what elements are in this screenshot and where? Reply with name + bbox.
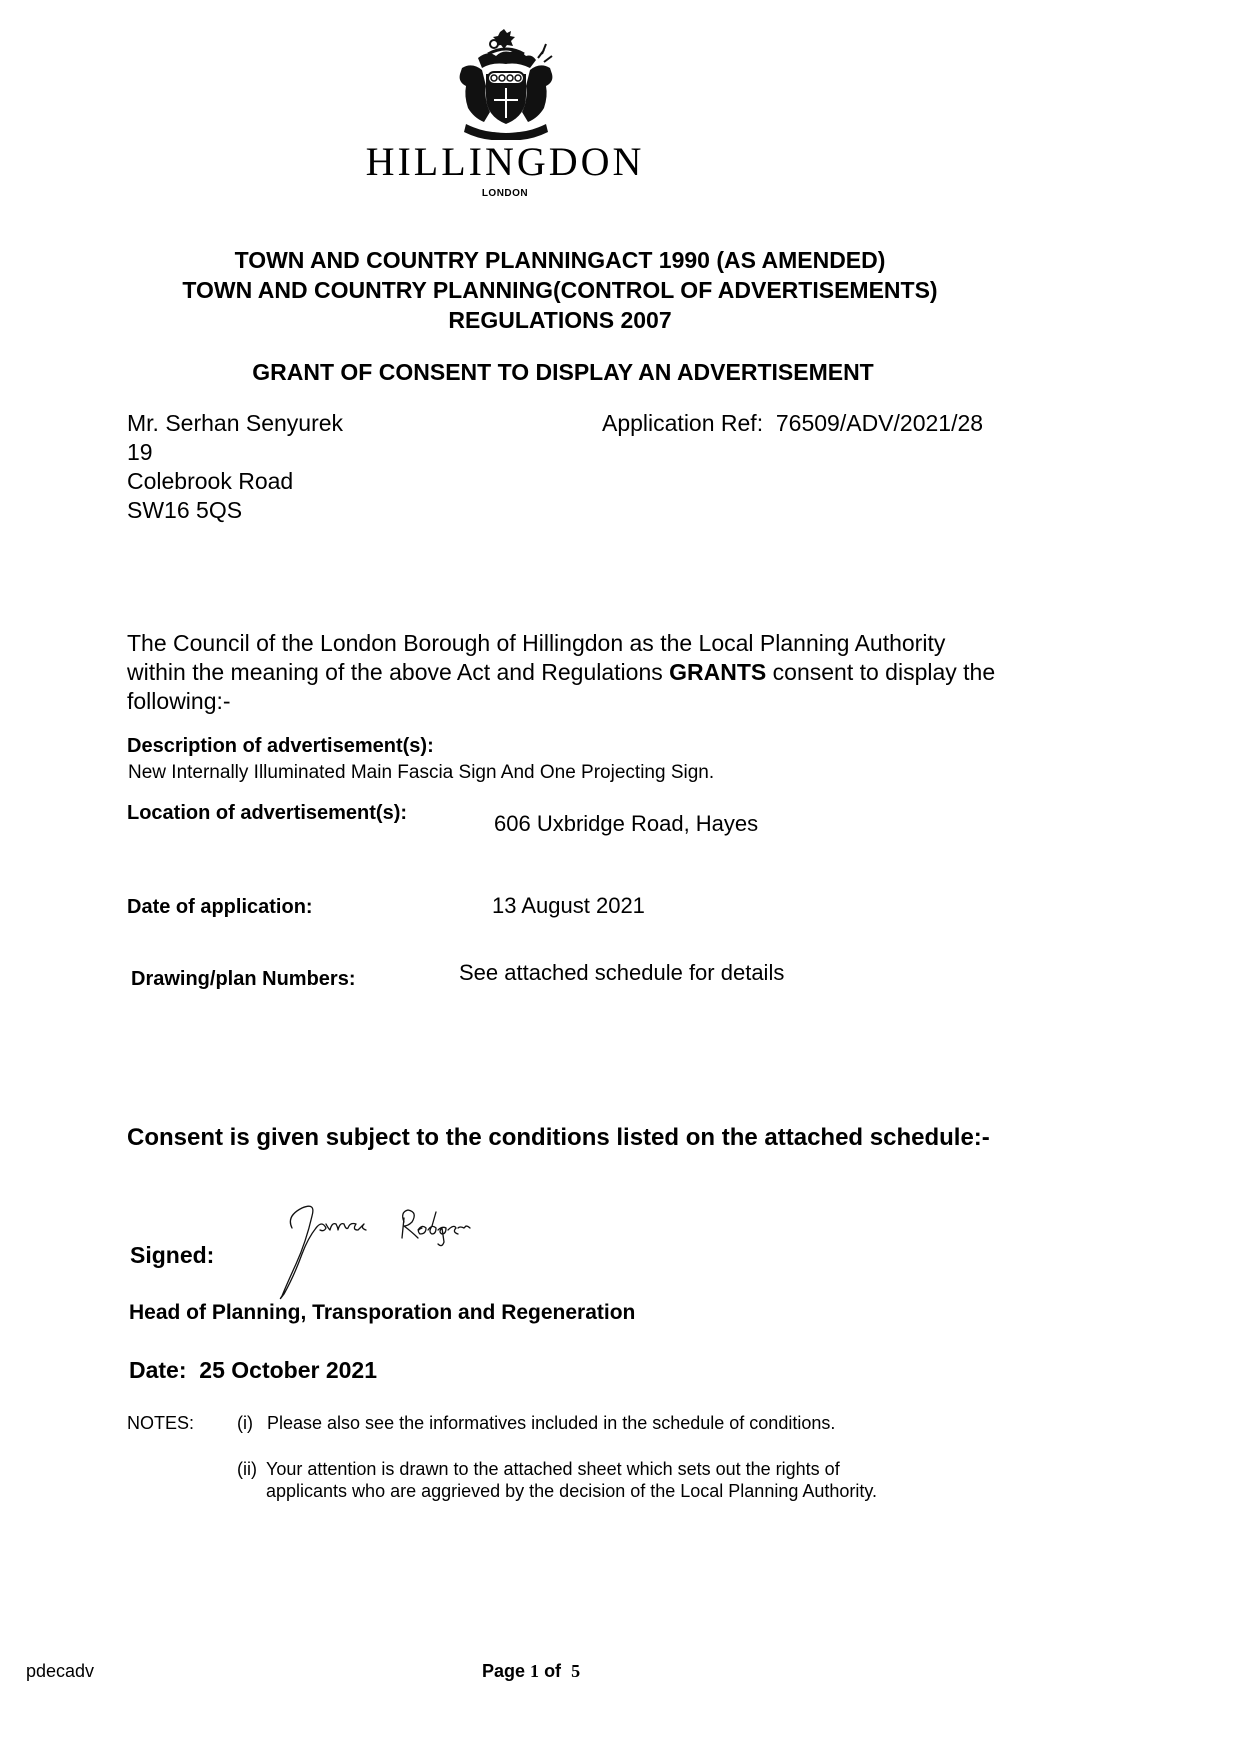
signatory-title: Head of Planning, Transporation and Rege… bbox=[129, 1301, 635, 1325]
application-ref: Application Ref: 76509/ADV/2021/28 bbox=[602, 409, 983, 438]
page-indicator: Page 1 of 5 bbox=[482, 1661, 580, 1682]
notes-label: NOTES: bbox=[127, 1413, 194, 1434]
intro-line-3: following:- bbox=[127, 687, 995, 716]
act-heading-line-3: REGULATIONS 2007 bbox=[0, 305, 1120, 335]
note-marker: (i) bbox=[237, 1413, 253, 1434]
document-title: GRANT OF CONSENT TO DISPLAY AN ADVERTISE… bbox=[0, 357, 1126, 387]
intro-line-1: The Council of the London Borough of Hil… bbox=[127, 629, 995, 658]
application-ref-label: Application Ref: bbox=[602, 410, 763, 436]
consent-statement: Consent is given subject to the conditio… bbox=[127, 1124, 990, 1152]
intro-line-2: within the meaning of the above Act and … bbox=[127, 658, 995, 687]
applicant-name: Mr. Serhan Senyurek bbox=[127, 409, 343, 438]
date-of-application-value: 13 August 2021 bbox=[492, 893, 645, 919]
applicant-address: Mr. Serhan Senyurek 19 Colebrook Road SW… bbox=[127, 409, 343, 525]
page-of: of bbox=[544, 1661, 561, 1681]
location-value: 606 Uxbridge Road, Hayes bbox=[494, 811, 758, 837]
page-prefix: Page bbox=[482, 1661, 525, 1681]
address-line: Colebrook Road bbox=[127, 467, 343, 496]
page-total: 5 bbox=[571, 1661, 580, 1681]
address-line: 19 bbox=[127, 438, 343, 467]
logo-subtitle: LONDON bbox=[362, 188, 648, 199]
intro-text: consent to display the bbox=[766, 659, 995, 685]
application-ref-value: 76509/ADV/2021/28 bbox=[776, 410, 983, 436]
note-marker: (ii) bbox=[237, 1459, 257, 1480]
logo-wordmark: HILLINGDON bbox=[362, 140, 648, 184]
description-label: Description of advertisement(s): bbox=[127, 735, 434, 758]
note-text: Please also see the informatives include… bbox=[267, 1413, 835, 1434]
act-heading-line-1: TOWN AND COUNTRY PLANNINGACT 1990 (AS AM… bbox=[0, 245, 1120, 275]
drawing-numbers-value: See attached schedule for details bbox=[459, 960, 784, 986]
description-value: New Internally Illuminated Main Fascia S… bbox=[128, 762, 714, 784]
decision-date-value: 25 October 2021 bbox=[199, 1357, 377, 1383]
act-heading-line-2: TOWN AND COUNTRY PLANNING(CONTROL OF ADV… bbox=[0, 275, 1120, 305]
handwritten-signature-icon bbox=[272, 1198, 492, 1302]
decision-date-label: Date: bbox=[129, 1357, 187, 1383]
address-line: SW16 5QS bbox=[127, 496, 343, 525]
signed-label: Signed: bbox=[130, 1242, 214, 1269]
note-text: Your attention is drawn to the attached … bbox=[266, 1459, 840, 1480]
note-text: applicants who are aggrieved by the deci… bbox=[266, 1481, 877, 1502]
page-current: 1 bbox=[530, 1661, 539, 1681]
coat-of-arms-icon bbox=[448, 28, 564, 140]
intro-paragraph: The Council of the London Borough of Hil… bbox=[127, 629, 995, 716]
location-label: Location of advertisement(s): bbox=[127, 802, 407, 825]
decision-date: Date: 25 October 2021 bbox=[129, 1357, 377, 1384]
document-code: pdecadv bbox=[26, 1661, 94, 1682]
drawing-numbers-label: Drawing/plan Numbers: bbox=[131, 968, 355, 991]
grants-emphasis: GRANTS bbox=[669, 659, 766, 685]
date-of-application-label: Date of application: bbox=[127, 896, 313, 919]
intro-text: within the meaning of the above Act and … bbox=[127, 659, 669, 685]
